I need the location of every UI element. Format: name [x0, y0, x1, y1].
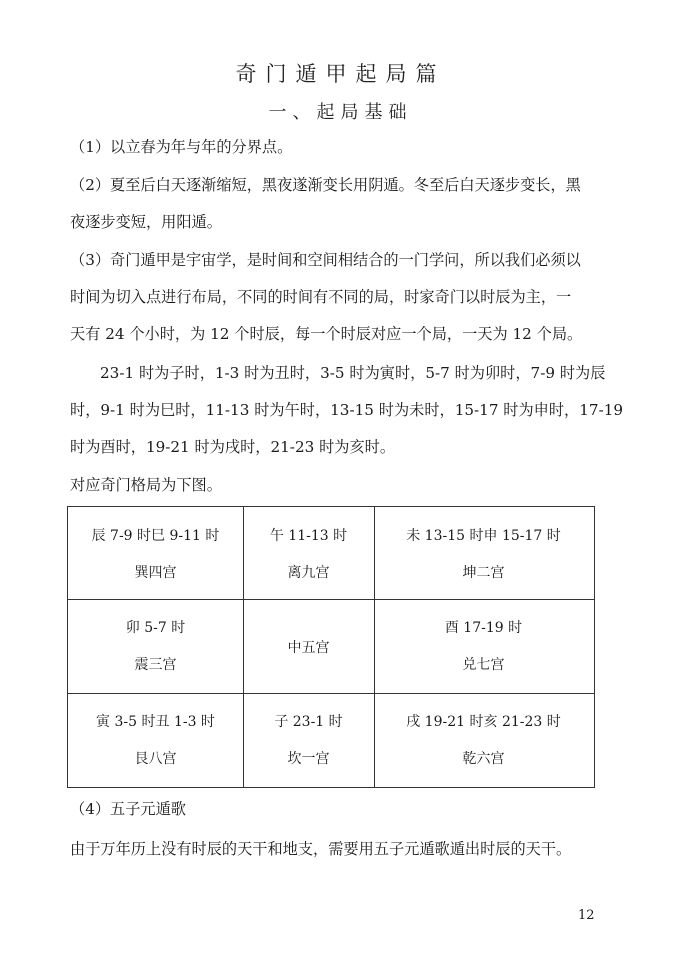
paragraph-3: （3）奇门遁甲是宇宙学，是时间和空间相结合的一门学问，所以我们必须以 时间为切入…	[70, 242, 610, 353]
section-4-heading: （4）五子元遁歌	[70, 791, 610, 828]
cell-hours: 卯 5-7 时	[68, 617, 243, 637]
paragraph-line: 时间为切入点进行布局，不同的时间有不同的局，时家奇门以时辰为主，一	[70, 279, 610, 316]
cell-palace: 离九宫	[243, 562, 374, 582]
grid-cell-qian: 戌 19-21 时亥 21-23 时 乾六宫	[374, 693, 593, 787]
paragraph-line: 夜逐步变短，用阳遁。	[70, 204, 610, 241]
paragraph-line: （2）夏至后白天逐渐缩短，黑夜遂渐变长用阴遁。冬至后白天逐步变长，黑	[70, 167, 610, 204]
paragraph-line: 对应奇门格局为下图。	[70, 467, 610, 504]
grid-cell-kan: 子 23-1 时 坎一宫	[243, 693, 374, 787]
paragraph-line: 时为酉时，19-21 时为戌时，21-23 时为亥时。	[70, 429, 610, 466]
cell-palace: 震三宫	[68, 654, 243, 674]
paragraph-line: （1）以立春为年与年的分界点。	[70, 129, 610, 166]
cell-palace: 乾六宫	[374, 748, 593, 768]
grid-cell-kun: 未 13-15 时申 15-17 时 坤二宫	[374, 507, 593, 599]
section-4-text: 由于万年历上没有时辰的天干和地支，需要用五子元遁歌遁出时辰的天干。	[70, 831, 610, 868]
cell-hours: 辰 7-9 时巳 9-11 时	[68, 525, 243, 545]
paragraph-line: （3）奇门遁甲是宇宙学，是时间和空间相结合的一门学问，所以我们必须以	[70, 242, 610, 279]
paragraph-4: 23-1 时为子时，1-3 时为丑时，3-5 时为寅时，5-7 时为卯时，7-9…	[70, 355, 610, 466]
document-page: 奇门遁甲起局篇 一、起局基础 （1）以立春为年与年的分界点。 （2）夏至后白天逐…	[0, 0, 681, 966]
grid-cell-dui: 酉 17-19 时 兑七宫	[374, 599, 593, 693]
paragraph-2: （2）夏至后白天逐渐缩短，黑夜遂渐变长用阴遁。冬至后白天逐步变长，黑 夜逐步变短…	[70, 167, 610, 241]
grid-cell-gen: 寅 3-5 时丑 1-3 时 艮八宫	[68, 693, 243, 787]
cell-palace: 中五宫	[243, 637, 374, 657]
grid-cell-zhen: 卯 5-7 时 震三宫	[68, 599, 243, 693]
section-heading: 一、起局基础	[0, 98, 681, 124]
cell-palace: 坎一宫	[243, 748, 374, 768]
paragraph-1: （1）以立春为年与年的分界点。	[70, 129, 610, 166]
cell-palace: 艮八宫	[68, 748, 243, 768]
grid-cell-center: 中五宫	[243, 599, 374, 693]
cell-hours: 午 11-13 时	[243, 525, 374, 545]
paragraph-line: 时，9-1 时为巳时，11-13 时为午时，13-15 时为未时，15-17 时…	[70, 392, 610, 429]
page-number: 12	[578, 908, 595, 923]
paragraph-5: 对应奇门格局为下图。	[70, 467, 610, 504]
cell-hours: 酉 17-19 时	[374, 617, 593, 637]
cell-palace: 巽四宫	[68, 562, 243, 582]
cell-palace: 坤二宫	[374, 562, 593, 582]
palace-grid-table: 辰 7-9 时巳 9-11 时 巽四宫 午 11-13 时 离九宫 未 13-1…	[67, 506, 595, 788]
cell-hours: 寅 3-5 时丑 1-3 时	[68, 711, 243, 731]
cell-hours: 子 23-1 时	[243, 711, 374, 731]
paragraph-line: 天有 24 个小时，为 12 个时辰，每一个时辰对应一个局，一天为 12 个局。	[70, 316, 610, 353]
cell-palace: 兑七宫	[374, 654, 593, 674]
page-title: 奇门遁甲起局篇	[0, 58, 681, 88]
grid-cell-xun: 辰 7-9 时巳 9-11 时 巽四宫	[68, 507, 243, 599]
cell-hours: 戌 19-21 时亥 21-23 时	[374, 711, 593, 731]
grid-cell-li: 午 11-13 时 离九宫	[243, 507, 374, 599]
paragraph-line: 23-1 时为子时，1-3 时为丑时，3-5 时为寅时，5-7 时为卯时，7-9…	[70, 355, 610, 392]
cell-hours: 未 13-15 时申 15-17 时	[374, 525, 593, 545]
